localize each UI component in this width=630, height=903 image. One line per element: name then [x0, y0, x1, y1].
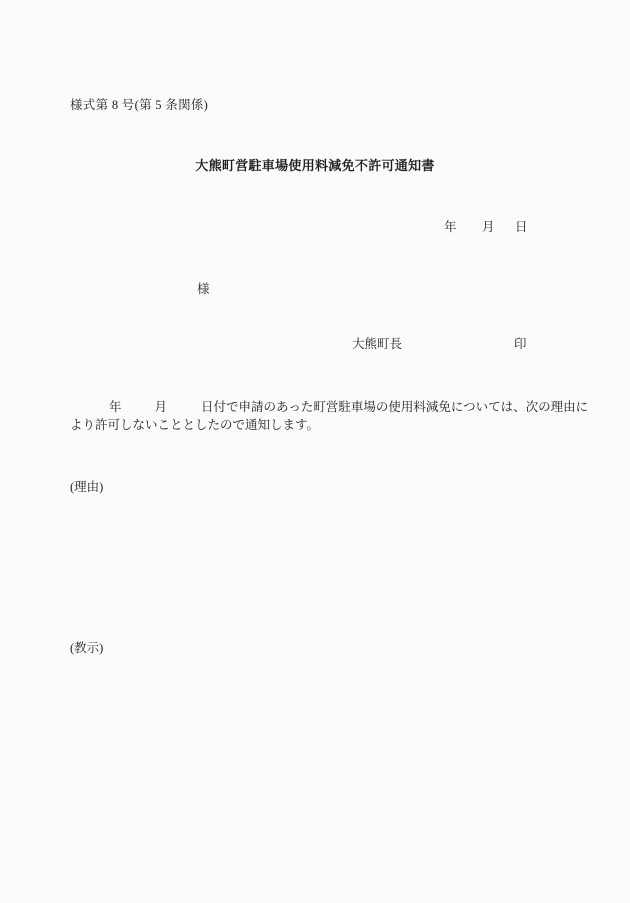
issue-date-year-label: 年: [444, 217, 457, 235]
addressee-honorific: 様: [197, 279, 210, 297]
issue-date-month-label: 月: [482, 217, 495, 235]
seal-mark: 印: [514, 334, 527, 352]
form-number: 様式第 8 号(第 5 条関係): [70, 95, 208, 113]
reason-section-label: (理由): [70, 477, 103, 495]
body-paragraph-line1: 年月日付で申請のあった町営駐車場の使用料減免については、次の理由に: [70, 397, 588, 415]
issue-date-day-label: 日: [515, 217, 528, 235]
instruction-section-label: (教示): [70, 638, 103, 656]
document-page: 様式第 8 号(第 5 条関係) 大熊町営駐車場使用料減免不許可通知書 年 月 …: [0, 0, 630, 903]
body-date-year-label: 年: [109, 397, 122, 415]
body-line1-text: 日付で申請のあった町営駐車場の使用料減免については、次の理由に: [201, 397, 588, 415]
issuer-title: 大熊町長: [352, 334, 402, 352]
body-paragraph-line2: より許可しないこととしたので通知します。: [70, 415, 319, 433]
body-date-month-label: 月: [155, 397, 168, 415]
document-title: 大熊町営駐車場使用料減免不許可通知書: [0, 155, 630, 174]
